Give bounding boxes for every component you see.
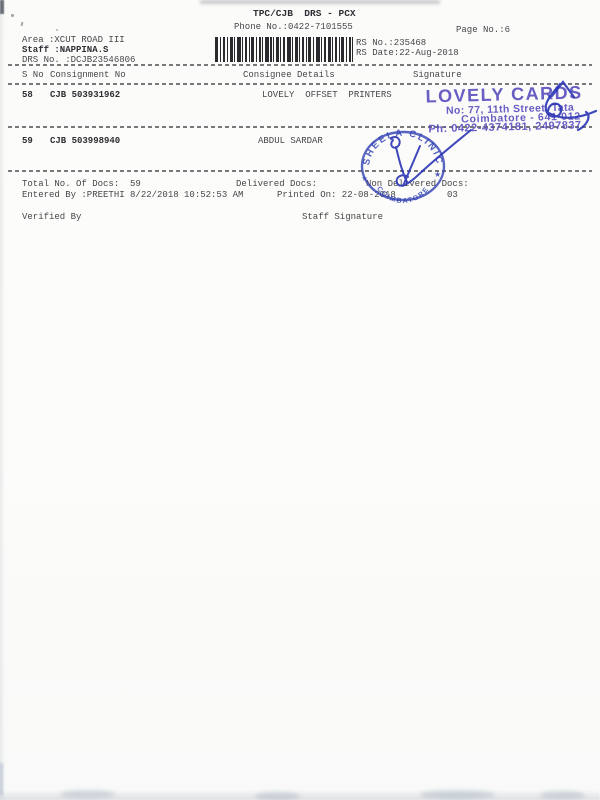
svg-text:SHEELA CLINIC: SHEELA CLINIC [361,128,445,167]
doc-title: TPC/CJB DRS - PCX [253,9,356,19]
svg-text:COIMBATORE: COIMBATORE [375,186,431,206]
total-docs-label: Total No. Of Docs: [22,179,119,189]
phone-number: Phone No.:0422-7101555 [234,22,353,32]
col-header-sno: S No [22,70,44,80]
scan-artifact [56,29,58,31]
scan-artifact [540,791,585,799]
scan-artifact [420,790,495,799]
row-consignee: LOVELY OFFSET PRINTERS [262,90,392,100]
page-number: Page No.:6 [456,25,510,35]
scan-artifact [0,0,5,800]
staff-label: Staff :NAPPINA.S [22,45,108,55]
scan-artifact [60,790,115,798]
verified-by-label: Verified By [22,212,81,222]
staff-signature-label: Staff Signature [302,212,383,222]
rs-date: RS Date:22-Aug-2018 [356,48,459,58]
stamp-star-icon: ★ [361,174,368,183]
scan-artifact [11,14,14,17]
stamp-star-icon: ★ [434,170,441,179]
row-consignee: ABDUL SARDAR [258,136,323,146]
row-consignment: CJB 503931962 [50,90,120,100]
stamp-bottom-text: COIMBATORE [375,186,431,206]
rs-number: RS No.:235468 [356,38,426,48]
row-sno: 58 [22,90,33,100]
drs-barcode-icon [215,37,353,62]
dashed-separator [8,64,592,66]
scanned-delivery-sheet: TPC/CJB DRS - PCX Phone No.:0422-7101555… [0,0,600,800]
row-consignment: CJB 503998940 [50,136,120,146]
total-docs-value: 59 [130,179,141,189]
scan-artifact [200,0,440,4]
col-header-signature: Signature [413,70,462,80]
scan-artifact [255,792,300,800]
entered-by: Entered By :PREETHI 8/22/2018 10:52:53 A… [22,190,243,200]
signature-scribble [495,75,600,140]
delivered-docs-label: Delivered Docs: [236,179,317,189]
area-label: Area :XCUT ROAD III [22,35,125,45]
scan-artifact [21,22,24,26]
row-sno: 59 [22,136,33,146]
col-header-consignment: Consignment No [50,70,126,80]
stamp-top-text: SHEELA CLINIC [361,128,445,167]
dashed-separator [8,170,592,172]
col-header-consignee: Consignee Details [243,70,335,80]
sheela-clinic-stamp: SHEELA CLINIC COIMBATORE ★ ★ [350,120,480,210]
